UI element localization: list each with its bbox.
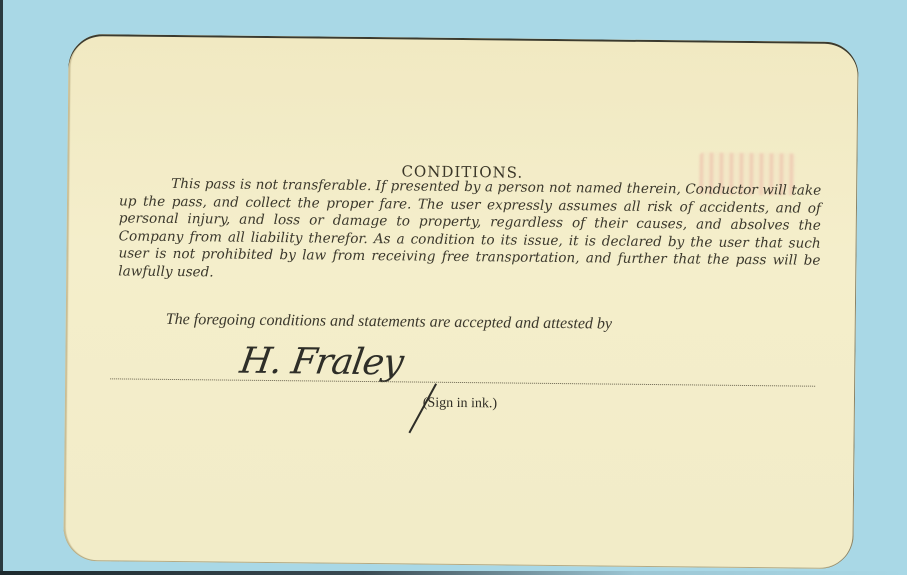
scan-edge: [0, 0, 3, 575]
line-7: used.: [177, 264, 214, 280]
conditions-paragraph: This pass is not transferable. If presen…: [118, 175, 821, 287]
sign-in-ink-label: (Sign in ink.): [65, 392, 855, 416]
pass-card: CONDITIONS. This pass is not transferabl…: [63, 34, 858, 569]
signature: H. Fraley: [237, 341, 405, 384]
attestation-text: The foregoing conditions and statements …: [166, 311, 806, 336]
scan-edge-bottom: [0, 571, 907, 575]
signature-line: [110, 378, 815, 386]
